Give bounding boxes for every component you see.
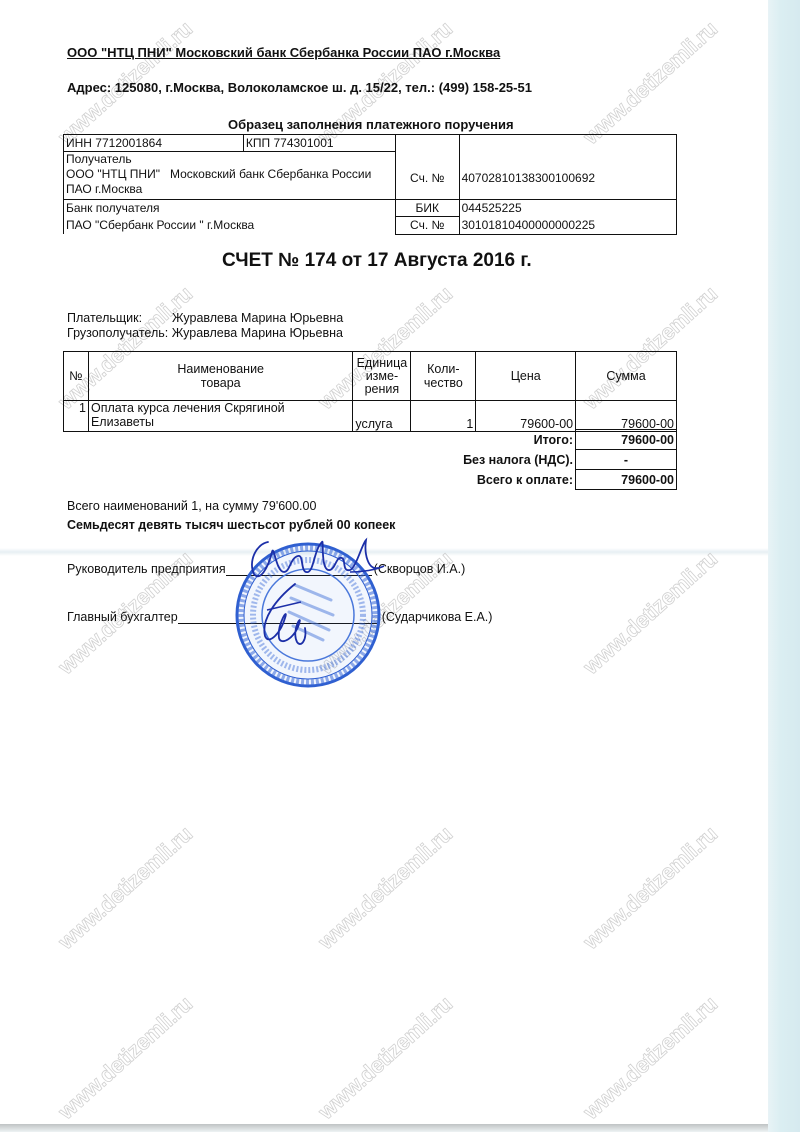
column-header-unit-line1: Единица (355, 357, 408, 370)
column-header-sum: Сумма (576, 352, 677, 401)
column-header-number: № (64, 352, 89, 401)
payer-label: Плательщик: (67, 311, 172, 325)
recipient-bank-name: ПАО "Сбербанк России " г.Москва (66, 217, 393, 234)
corr-account-value: 30101810400000000225 (459, 217, 676, 234)
organization-address: Адрес: 125080, г.Москва, Волоколамское ш… (67, 80, 532, 95)
row-sum: 79600-00 (576, 401, 677, 432)
subtotal-label: Итого: (300, 430, 576, 450)
total-value: 79600-00 (576, 470, 677, 490)
row-item-name-line1: Оплата курса лечения Скрягиной (91, 401, 350, 415)
invoice-title: СЧЕТ № 174 от 17 Августа 2016 г. (222, 250, 532, 272)
items-count-summary: Всего наименований 1, на сумму 79'600.00 (67, 499, 316, 513)
recipient-name-line1: ООО "НТЦ ПНИ" Московский банк Сбербанка … (66, 167, 393, 182)
recipient-bank-label: Банк получателя (66, 200, 393, 217)
subtotal-value: 79600-00 (576, 430, 677, 450)
payer-line: Плательщик:Журавлева Марина Юрьевна (67, 311, 343, 325)
director-label: Руководитель предприятия (67, 562, 226, 576)
consignee-value: Журавлева Марина Юрьевна (172, 326, 343, 340)
recipient-cell: Получатель ООО "НТЦ ПНИ" Московский банк… (64, 152, 396, 200)
row-quantity: 1 (411, 401, 476, 432)
payer-value: Журавлева Марина Юрьевна (172, 311, 343, 325)
organization-header: ООО "НТЦ ПНИ" Московский банк Сбербанка … (67, 45, 500, 60)
consignee-label: Грузополучатель: (67, 326, 168, 340)
row-item-name: Оплата курса лечения Скрягиной Елизаветы (88, 401, 352, 432)
column-header-name: Наименование товара (88, 352, 352, 401)
inn-cell: ИНН 7712001864 (64, 135, 244, 152)
column-header-unit-line3: рения (355, 383, 408, 396)
corr-account-label: Сч. № (395, 217, 459, 234)
recipient-name-line2: ПАО г.Москва (66, 182, 393, 197)
accountant-name: (Сударчикова Е.А.) (382, 610, 493, 624)
bik-label: БИК (395, 200, 459, 217)
vat-label: Без налога (НДС). (300, 450, 576, 470)
director-signature-icon (238, 532, 388, 582)
account-label: Сч. № (395, 135, 459, 200)
column-header-quantity-line1: Коли- (413, 362, 473, 376)
amount-in-words: Семьдесят девять тысяч шестьсот рублей 0… (67, 518, 395, 532)
column-header-quantity: Коли- чество (411, 352, 476, 401)
payment-sample-title: Образец заполнения платежного поручения (228, 117, 514, 132)
bank-details-table: ИНН 7712001864 КПП 774301001 Сч. № 40702… (63, 134, 677, 235)
row-unit: услуга (353, 401, 411, 432)
vat-value: - (576, 450, 677, 470)
column-header-unit: Единица изме- рения (353, 352, 411, 401)
recipient-label: Получатель (66, 152, 393, 167)
row-price: 79600-00 (476, 401, 576, 432)
column-header-name-line1: Наименование (91, 362, 350, 376)
consignee-line: Грузополучатель: Журавлева Марина Юрьевн… (67, 326, 343, 340)
column-header-name-line2: товара (91, 376, 350, 390)
kpp-cell: КПП 774301001 (243, 135, 395, 152)
invoice-items-table: № Наименование товара Единица изме- рени… (63, 351, 677, 432)
account-number: 40702810138300100692 (459, 135, 676, 200)
row-number: 1 (64, 401, 89, 432)
column-header-price: Цена (476, 352, 576, 401)
totals-table: Итого: 79600-00 Без налога (НДС). - Всег… (300, 429, 677, 490)
column-header-unit-line2: изме- (355, 370, 408, 383)
accountant-label: Главный бухгалтер (67, 610, 178, 624)
scan-edge-shadow-right (768, 0, 800, 1132)
column-header-quantity-line2: чество (413, 376, 473, 390)
total-label: Всего к оплате: (300, 470, 576, 490)
recipient-bank-cell: Банк получателя ПАО "Сбербанк России " г… (64, 200, 396, 235)
scan-edge-shadow-bottom (0, 1124, 768, 1132)
bik-value: 044525225 (459, 200, 676, 217)
row-item-name-line2: Елизаветы (91, 415, 350, 429)
accountant-signature-icon (255, 580, 315, 650)
table-row: 1 Оплата курса лечения Скрягиной Елизаве… (64, 401, 677, 432)
